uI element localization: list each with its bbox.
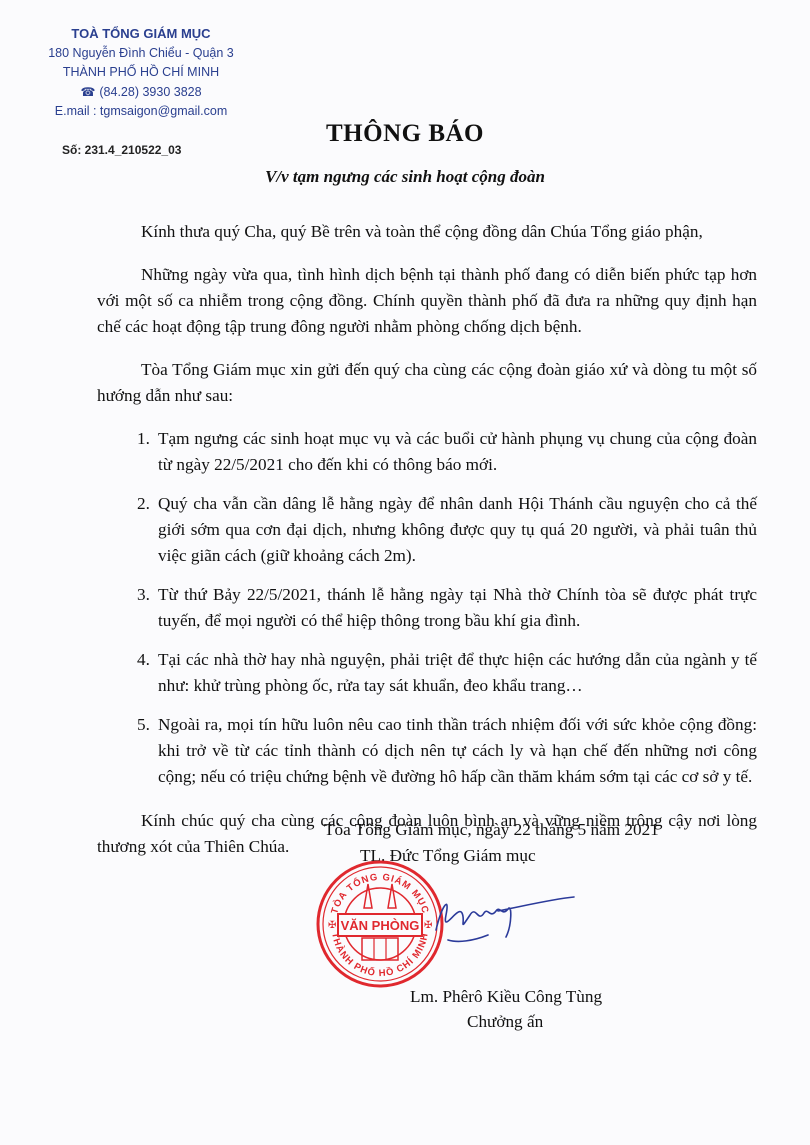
list-item: 5.Ngoài ra, mọi tín hữu luôn nêu cao tin… [97, 712, 757, 790]
city: THÀNH PHỐ HỒ CHÍ MINH [30, 63, 252, 83]
list-item: 4.Tại các nhà thờ hay nhà nguyện, phải t… [97, 647, 757, 699]
email: E.mail : tgmsaigon@gmail.com [30, 102, 252, 122]
letterhead: TOÀ TỔNG GIÁM MỤC 180 Nguyễn Đình Chiểu … [30, 24, 252, 122]
paragraph: Tòa Tổng Giám mục xin gửi đến quý cha cù… [97, 357, 757, 409]
item-text: Quý cha vẫn cần dâng lễ hằng ngày để nhâ… [158, 494, 757, 565]
signer-role: Chưởng ấn [467, 1012, 543, 1032]
phone-icon: ☎ [80, 85, 95, 99]
phone-number: (84.28) 3930 3828 [99, 85, 201, 99]
paragraph: Những ngày vừa qua, tình hình dịch bệnh … [97, 262, 757, 340]
list-item: 3.Từ thứ Bảy 22/5/2021, thánh lễ hằng ng… [97, 582, 757, 634]
item-number: 1. [137, 426, 150, 452]
phone-line: ☎(84.28) 3930 3828 [30, 83, 252, 103]
address: 180 Nguyễn Đình Chiểu - Quận 3 [30, 44, 252, 64]
item-number: 4. [137, 647, 150, 673]
item-text: Tạm ngưng các sinh hoạt mục vụ và các bu… [158, 429, 757, 474]
list-item: 2.Quý cha vẫn cần dâng lễ hằng ngày để n… [97, 491, 757, 569]
salutation: Kính thưa quý Cha, quý Bề trên và toàn t… [97, 219, 757, 245]
item-number: 3. [137, 582, 150, 608]
svg-text:TÒA TỔNG GIÁM MỤC: TÒA TỔNG GIÁM MỤC [329, 872, 430, 915]
item-number: 5. [137, 712, 150, 738]
svg-text:VĂN PHÒNG: VĂN PHÒNG [341, 918, 420, 933]
signer-name: Lm. Phêrô Kiều Công Tùng [410, 987, 602, 1007]
svg-text:✠: ✠ [328, 920, 336, 931]
item-number: 2. [137, 491, 150, 517]
document-body: Kính thưa quý Cha, quý Bề trên và toàn t… [97, 219, 757, 860]
document-subtitle: V/v tạm ngưng các sinh hoạt cộng đoàn [0, 167, 810, 187]
item-text: Ngoài ra, mọi tín hữu luôn nêu cao tinh … [158, 715, 757, 786]
official-seal-icon: VĂN PHÒNG TÒA TỔNG GIÁM MỤC THÀNH PHỐ HỒ… [314, 858, 446, 990]
place-date: Tòa Tổng Giám mục, ngày 22 tháng 5 năm 2… [324, 820, 659, 840]
list-item: 1.Tạm ngưng các sinh hoạt mục vụ và các … [97, 426, 757, 478]
item-text: Tại các nhà thờ hay nhà nguyện, phải tri… [158, 650, 757, 695]
item-text: Từ thứ Bảy 22/5/2021, thánh lễ hằng ngày… [158, 585, 757, 630]
instruction-list: 1.Tạm ngưng các sinh hoạt mục vụ và các … [97, 426, 757, 790]
handwritten-signature-icon [428, 885, 578, 955]
document-title: THÔNG BÁO [0, 120, 810, 148]
organization-name: TOÀ TỔNG GIÁM MỤC [30, 24, 252, 44]
